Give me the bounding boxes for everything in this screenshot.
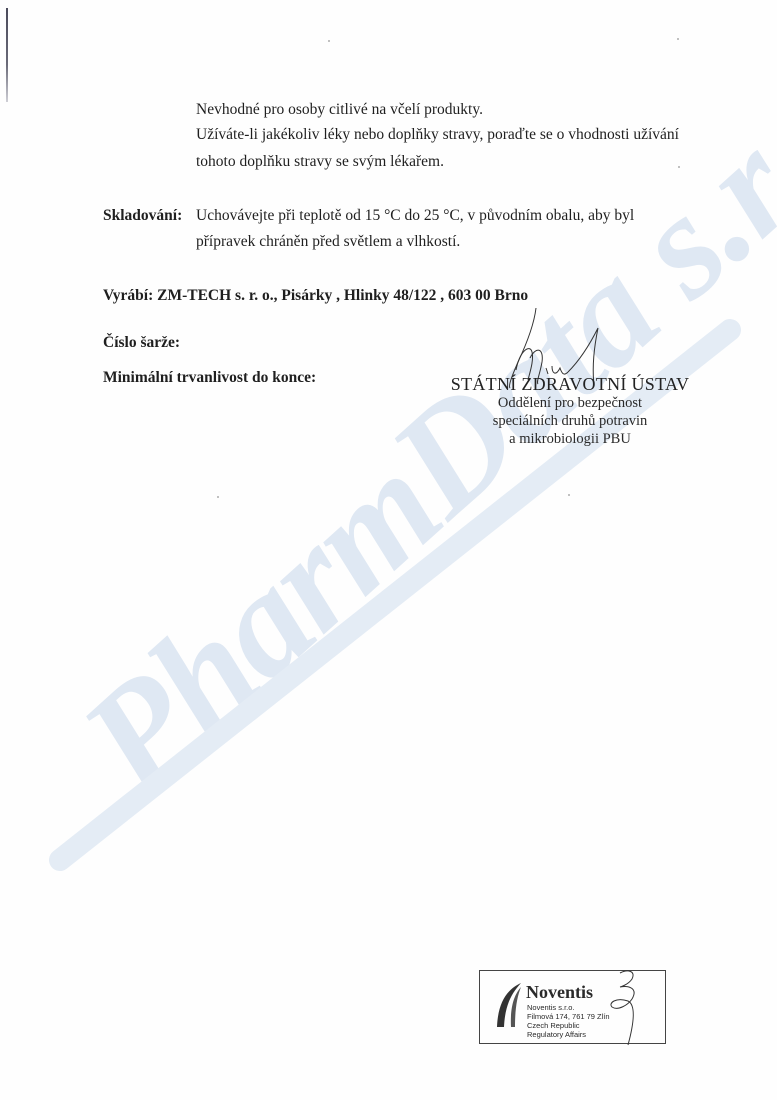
document-page: PharmData s.r.o. Nevhodné pro osoby citl… [0, 0, 777, 1100]
company-stamp-name: Noventis s.r.o. [527, 1003, 610, 1012]
batch-number-label: Číslo šarže: [103, 334, 180, 352]
scan-speck [328, 40, 330, 42]
stamp-signature [606, 967, 666, 1047]
company-stamp-brand: Noventis [526, 983, 593, 1001]
approval-stamp: STÁTNÍ ZDRAVOTNÍ ÚSTAV Oddělení pro bezp… [440, 374, 700, 448]
scan-speck [302, 664, 304, 666]
warning-medication-line2: tohoto doplňku stravy se svým lékařem. [196, 153, 444, 171]
scan-speck [678, 166, 680, 168]
approval-stamp-department: speciálních druhů potravin [440, 412, 700, 430]
storage-label: Skladování: [103, 207, 182, 225]
storage-text-line2: přípravek chráněn před světlem a vlhkost… [196, 233, 460, 251]
company-stamp: Noventis Noventis s.r.o. Filmová 174, 76… [479, 970, 666, 1044]
scan-speck [568, 494, 570, 496]
scan-speck [217, 496, 219, 498]
scan-edge-mark [6, 8, 8, 102]
approval-stamp-department: Oddělení pro bezpečnost [440, 394, 700, 412]
warning-medication-line1: Užíváte-li jakékoliv léky nebo doplňky s… [196, 126, 679, 144]
expiry-label: Minimální trvanlivost do konce: [103, 369, 316, 387]
company-stamp-country: Czech Republic [527, 1021, 610, 1030]
company-stamp-details: Noventis s.r.o. Filmová 174, 761 79 Zlín… [527, 1003, 610, 1039]
scan-speck [677, 38, 679, 40]
approval-stamp-department: a mikrobiologii PBU [440, 430, 700, 448]
noventis-logo-icon [494, 981, 522, 1031]
manufacturer-line: Vyrábí: ZM-TECH s. r. o., Pisárky , Hlin… [103, 287, 528, 305]
company-stamp-address: Filmová 174, 761 79 Zlín [527, 1012, 610, 1021]
company-stamp-department: Regulatory Affairs [527, 1030, 610, 1039]
approval-stamp-title: STÁTNÍ ZDRAVOTNÍ ÚSTAV [440, 374, 700, 394]
warning-bee-products: Nevhodné pro osoby citlivé na včelí prod… [196, 101, 483, 119]
storage-text-line1: Uchovávejte při teplotě od 15 °C do 25 °… [196, 207, 634, 225]
